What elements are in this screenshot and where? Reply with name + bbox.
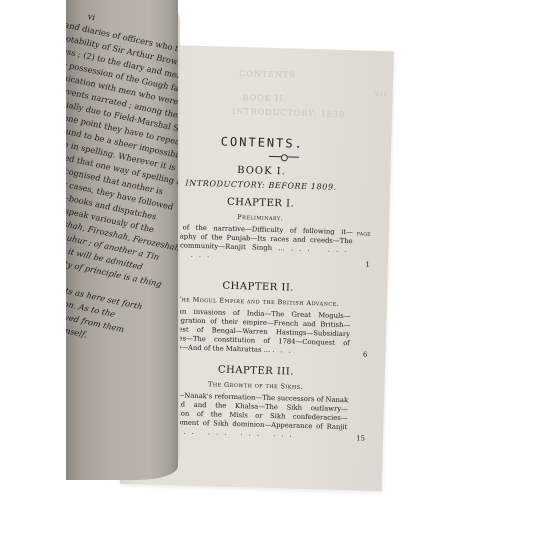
bleed-through-text: vii [375, 89, 388, 98]
chapter-heading: CHAPTER II. [147, 279, 369, 296]
ornament-rule-icon [269, 156, 299, 158]
preface-page: vi and diaries of officers who took part… [66, 0, 178, 480]
page-number: 15 [356, 434, 365, 442]
bleed-through-text: CONTENTS [239, 69, 296, 80]
book-photo: CONTENTS vii BOOK II. INTRODUCTORY: 1839… [0, 0, 533, 533]
chapter-heading: CHAPTER I. [149, 195, 371, 212]
page-number: 1 [365, 261, 370, 269]
book-heading: BOOK I. [150, 163, 372, 180]
bleed-through-text: BOOK II. [242, 93, 287, 103]
dot-leaders: ... [272, 346, 297, 355]
preface-text: vi and diaries of officers who took part… [66, 6, 178, 373]
book-subtitle: INTRODUCTORY: BEFORE 1809. [150, 178, 372, 193]
page-column-label: PAGE [357, 232, 371, 237]
bleed-through-text: INTRODUCTORY: 1839 [232, 107, 345, 119]
contents-title: CONTENTS. [151, 133, 373, 153]
page-number: 6 [363, 351, 368, 359]
